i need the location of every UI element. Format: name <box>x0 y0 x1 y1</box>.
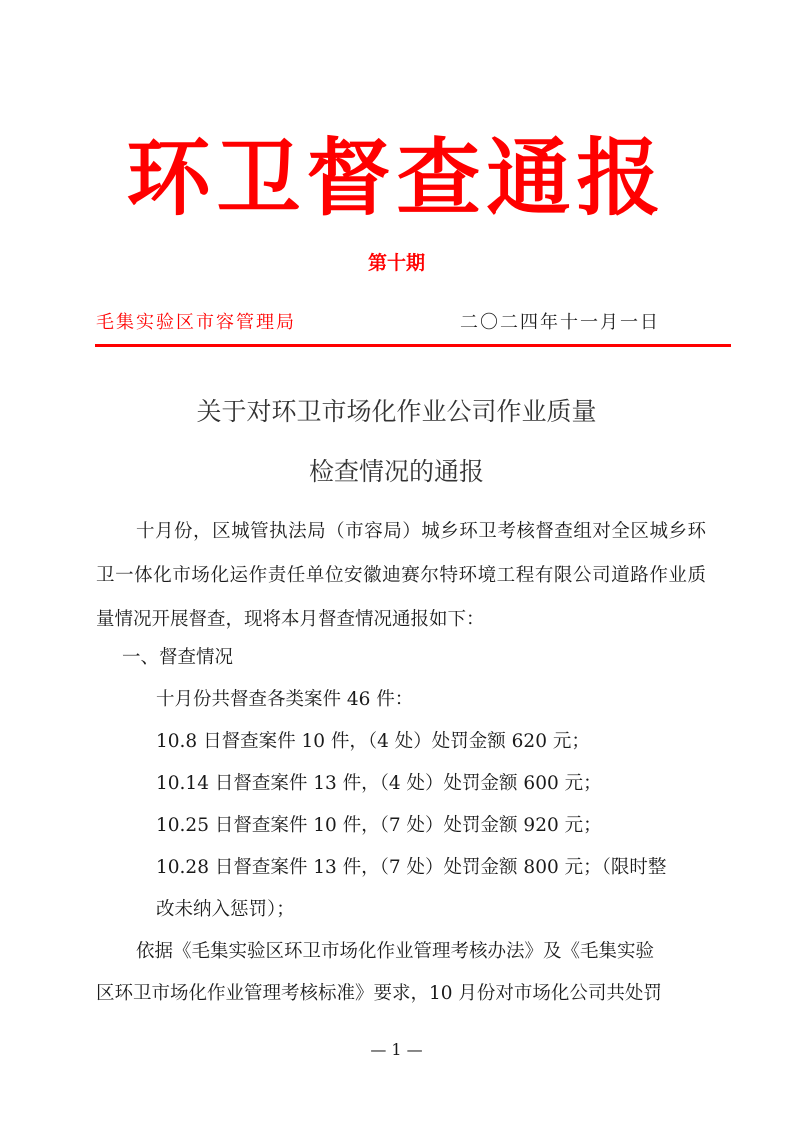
document-title-line1: 关于对环卫市场化作业公司作业质量 <box>0 394 793 430</box>
issue-number: 第十期 <box>0 250 793 276</box>
masthead-title: 环卫督查通报 <box>0 128 793 228</box>
issuing-agency: 毛集实验区市容管理局 <box>96 310 296 336</box>
document-title-line2: 检查情况的通报 <box>0 454 793 490</box>
basis-paragraph-line2: 区环卫市场化作业管理考核标准》要求，10 月份对市场化公司共处罚 <box>96 972 662 1016</box>
section-heading: 一、督查情况 <box>122 636 233 680</box>
inspection-item-continuation: 改未纳入惩罚）； <box>156 888 295 932</box>
inspection-item: 10.14 日督查案件 13 件，（4 处）处罚金额 600 元； <box>156 762 602 806</box>
inspection-item: 10.8 日督查案件 10 件，（4 处）处罚金额 620 元； <box>156 720 590 764</box>
intro-paragraph: 十月份，区城管执法局（市容局）城乡环卫考核督查组对全区城乡环卫一体化市场化运作责… <box>96 510 706 642</box>
page-number: — 1 — <box>0 1040 793 1059</box>
issue-date: 二〇二四年十一月一日 <box>460 310 660 336</box>
document-page: 环卫督查通报 第十期 毛集实验区市容管理局 二〇二四年十一月一日 关于对环卫市场… <box>0 0 793 1122</box>
inspection-item: 10.28 日督查案件 13 件，（7 处）处罚金额 800 元；（限时整 <box>156 846 666 890</box>
basis-paragraph-line1: 依据《毛集实验区环卫市场化作业管理考核办法》及《毛集实验 <box>136 930 654 974</box>
inspection-summary: 十月份共督查各类案件 46 件： <box>156 678 413 722</box>
inspection-item: 10.25 日督查案件 10 件，（7 处）处罚金额 920 元； <box>156 804 602 848</box>
red-divider-line <box>95 344 731 347</box>
